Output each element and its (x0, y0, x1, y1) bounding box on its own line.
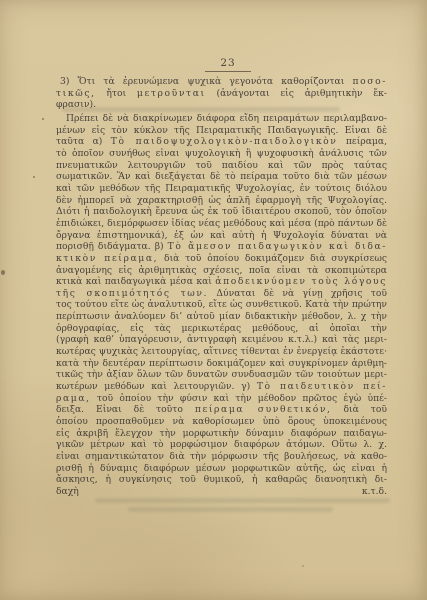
paragraph: Πρέπει δὲ νὰ διακρίνωμεν διάφορα εἴδη πε… (56, 113, 387, 498)
text-run: (ἀνάγονται εἰς ἀριθμητικὴν ἔκ- (206, 88, 387, 99)
text-line: εἰς ἀκριβῆ ἔλεγχον τὴν μορφωτικὴν δύναμι… (56, 428, 387, 440)
emphasized-text-run: ἀποδεικνύομεν τοὺς λόγους (215, 276, 387, 287)
text-run: Διότι ἡ παιδολογικὴ ἔρευνα ὡς ἐκ τοῦ ἰδι… (56, 206, 387, 217)
page-header: 23 (28, 51, 427, 72)
text-run: ὁποίου προσπαθοῦμεν νὰ καθορίσωμεν ὑπὸ ὅ… (56, 416, 387, 427)
text-run: κωτέρας ψυχικὰς λειτουργίας, αἵτινες τίθ… (56, 346, 387, 357)
paper-speck (42, 118, 44, 120)
text-line: ὄργανα ἐπιστημονικά), ἐξ ὧν καὶ αὐτὴ ἡ Ψ… (56, 230, 387, 242)
emphasized-text-run: Τὸ ἄμεσον παιδαγωγικὸν καὶ διδα- (168, 241, 387, 252)
text-line: τὸ ὁποῖον συνήθως εἶναι ψυχολογικὴ ἢ ψυχ… (56, 148, 387, 160)
paper-speck (33, 176, 35, 178)
text-run: ἤτοι (96, 88, 137, 99)
show-through-smudge (128, 507, 333, 512)
text-line: Πρέπει δὲ νὰ διακρίνωμεν διάφορα εἴδη πε… (56, 113, 387, 125)
text-line: ταῦτα α) Τὸ παιδοψυχολογικὸν-παιδολογικὸ… (56, 136, 387, 148)
text-line: δαχὴ κ.τ.δ. (56, 486, 387, 498)
text-run: μένων εἰς τὸν κύκλον τῆς Πειραματικῆς Πα… (56, 125, 387, 136)
emphasized-text-run: τῆς σκοπιμότητός των. (56, 288, 208, 299)
text-line: πνευματικῶν λειτουργιῶν τοῦ παιδίου καὶ … (56, 160, 387, 172)
text-line: Διότι ἡ παιδολογικὴ ἔρευνα ὡς ἐκ τοῦ ἰδι… (56, 206, 387, 218)
text-line: πορισθῇ διδάγματα. β) Τὸ ἄμεσον παιδαγωγ… (56, 241, 387, 253)
text-run: σωματικῶν. Ἂν καὶ διεξάγεται δὲ τὸ πείρα… (56, 171, 387, 182)
emphasized-text-run: Τὸ παιδευτικὸν πεί- (257, 381, 387, 392)
text-line: τικῶς τὴν ἀξίαν ὅλων τῶν δυνατῶν συνδυασ… (56, 369, 387, 381)
emphasized-text-run: πείραμα συνθετικόν, (195, 404, 332, 415)
text-line: ρισθῇ ἡ δύναμις διαφόρων μέσων μορφωτικῶ… (56, 463, 387, 475)
text-line: ἐπιδιώκει, διεμόρφωσεν ἰδίας νέας μεθόδο… (56, 218, 387, 230)
text-run: διὰ τοῦ ὁποίου δοκιμάζομεν διὰ συγκρίσεω… (158, 253, 387, 264)
text-line: εἶναι σημαντικώτατον διὰ τὴν μόρφωσιν τῆ… (56, 451, 387, 463)
text-run: κατὰ τὴν δευτέραν περίπτωσιν δοκιμάζομεν… (56, 358, 387, 369)
text-line: ὁποίου προσπαθοῦμεν νὰ καθορίσωμεν ὑπὸ ὅ… (56, 416, 387, 428)
page-number: 23 (205, 57, 250, 72)
text-run: κτικὰ καὶ παιδαγωγικὰ μέσα καὶ (56, 276, 215, 287)
text-line: (γραφὴ καθ’ ὑπαγόρευσιν, ἀντιγραφὴ κειμέ… (56, 334, 387, 346)
text-run: καὶ τῶν μεθόδων τῆς Πειραματικῆς Ψυχολογ… (56, 183, 387, 194)
text-run: δαχὴ κ.τ.δ. (56, 486, 387, 497)
text-run: (γραφὴ καθ’ ὑπαγόρευσιν, ἀντιγραφὴ κειμέ… (56, 334, 387, 345)
text-line: κωτέρων μεθόδων καὶ λειτουργιῶν. γ) Τὸ π… (56, 381, 387, 393)
text-line: ἀναγομένης εἰς ἀριθμητικὰς σχέσεις, ποῖα… (56, 265, 387, 277)
text-run: ὄργανα ἐπιστημονικά), ἐξ ὧν καὶ αὐτὴ ἡ Ψ… (56, 230, 387, 241)
emphasized-text-run: κτικὸν πείραμα, (56, 253, 158, 264)
show-through-smudge (62, 107, 340, 112)
text-line: κατὰ τὴν δευτέραν περίπτωσιν δοκιμάζομεν… (56, 358, 387, 370)
text-run: ρισθῇ ἡ δύναμις διαφόρων μέσων μορφωτικῶ… (56, 463, 387, 474)
text-run: εἰς ἀκριβῆ ἔλεγχον τὴν μορφωτικὴν δύναμι… (56, 428, 387, 439)
text-run: τοῦ ὁποίου τὴν φύσιν καὶ τὴν μέθοδον πρῶ… (91, 393, 387, 404)
text-line: ὀρθογραφίας, εἰς τὰς μερικωτέρας μεθόδου… (56, 323, 387, 335)
emphasized-text-run: ποσο- (353, 76, 387, 87)
text-line: τῆς σκοπιμότητός των. Δύναται δὲ νὰ γίνῃ… (56, 288, 387, 300)
text-line: τικῶς, ἤτοι μετροῦνται (ἀνάγονται εἰς ἀρ… (56, 88, 387, 100)
text-line: ραμα, τοῦ ὁποίου τὴν φύσιν καὶ τὴν μέθοδ… (56, 393, 387, 405)
text-run: ἀναγομένης εἰς ἀριθμητικὰς σχέσεις, ποῖα… (56, 265, 387, 277)
text-line: καὶ τῶν μεθόδων τῆς Πειραματικῆς Ψυχολογ… (56, 183, 387, 195)
emphasized-text-run: τικῶς, (56, 88, 96, 99)
text-run: γικῶν μέτρων καὶ τὸ μορφώσιμον διαφόρων … (56, 439, 387, 450)
text-line: σωματικῶν. Ἂν καὶ διεξάγεται δὲ τὸ πείρα… (56, 171, 387, 183)
text-run: ταῦτα α) (56, 136, 111, 147)
text-run: τὸ ὁποῖον συνήθως εἶναι ψυχολογικὴ ἢ ψυχ… (56, 148, 387, 159)
text-line: γικῶν μέτρων καὶ τὸ μορφώσιμον διαφόρων … (56, 439, 387, 451)
text-run: πορισθῇ διδάγματα. β) (56, 241, 168, 252)
text-line: 3) Ὅτι τὰ ἐρευνώμενα ψυχικὰ γεγονότα καθ… (56, 76, 387, 88)
text-line: μένων εἰς τὸν κύκλον τῆς Πειραματικῆς Πα… (56, 125, 387, 137)
text-line: περίπτωσιν ἀναλύομεν δι’ αὐτοῦ μίαν διδα… (56, 311, 387, 323)
text-run: ἐπιδιώκει, διεμόρφωσεν ἰδίας νέας μεθόδο… (56, 218, 387, 229)
text-line: κτικὸν πείραμα, διὰ τοῦ ὁποίου δοκιμάζομ… (56, 253, 387, 265)
text-run: Πρέπει δὲ νὰ διακρίνωμεν διάφορα εἴδη πε… (66, 113, 387, 124)
text-line: δὲν ἠμπορεῖ νὰ χαρακτηρισθῇ ὡς ἁπλῆ ἐφαρ… (56, 195, 387, 207)
text-run: 3) Ὅτι τὰ ἐρευνώμενα ψυχικὰ γεγονότα καθ… (60, 76, 353, 87)
text-run: διὰ τοῦ (332, 404, 387, 415)
text-run: κωτέρων μεθόδων καὶ λειτουργιῶν. γ) (56, 381, 257, 392)
text-line: δειξα. Εἶναι δὲ τοῦτο πείραμα συνθετικόν… (56, 404, 387, 416)
paper-speck (302, 565, 304, 567)
text-run: περίπτωσιν ἀναλύομεν δι’ αὐτοῦ μίαν διδα… (56, 311, 387, 323)
emphasized-text-run: ραμα, (56, 393, 91, 404)
text-run: δὲν ἠμπορεῖ νὰ χαρακτηρισθῇ ὡς ἁπλῆ ἐφαρ… (56, 195, 387, 206)
paragraph: 3) Ὅτι τὰ ἐρευνώμενα ψυχικὰ γεγονότα καθ… (56, 76, 387, 111)
text-run: δειξα. Εἶναι δὲ τοῦτο (56, 404, 195, 415)
emphasized-text-run: Τὸ παιδοψυχολογικὸν-παιδολογικὸν (111, 136, 338, 147)
paper-speck (1, 270, 5, 275)
body-text: 3) Ὅτι τὰ ἐρευνώμενα ψυχικὰ γεγονότα καθ… (56, 76, 387, 498)
text-run: τικῶς τὴν ἀξίαν ὅλων τῶν δυνατῶν συνδυασ… (56, 369, 387, 380)
text-line: ἄσκησις, ἡ συγκίνησις τοῦ θυμικοῦ, ἡ καθ… (56, 474, 387, 486)
scanned-book-page: 23 3) Ὅτι τὰ ἐρευνώμενα ψυχικὰ γεγονότα … (0, 0, 427, 600)
emphasized-text-run: μετροῦνται (137, 88, 206, 99)
show-through-smudge (95, 498, 390, 503)
text-line: κτικὰ καὶ παιδαγωγικὰ μέσα καὶ ἀποδεικνύ… (56, 276, 387, 288)
text-run: τος τούτου εἴτε ὡς ἀναλυτικοῦ, εἴτε ὡς σ… (56, 299, 387, 310)
text-run: πείραμα, (337, 136, 387, 147)
text-run: ἄσκησις, ἡ συγκίνησις τοῦ θυμικοῦ, ἡ καθ… (56, 474, 387, 485)
text-run: πνευματικῶν λειτουργιῶν τοῦ παιδίου καὶ … (56, 160, 387, 172)
text-line: τος τούτου εἴτε ὡς ἀναλυτικοῦ, εἴτε ὡς σ… (56, 299, 387, 311)
text-run: ὀρθογραφίας, εἰς τὰς μερικωτέρας μεθόδου… (56, 323, 387, 335)
text-line: κωτέρας ψυχικὰς λειτουργίας, αἵτινες τίθ… (56, 346, 387, 358)
text-run: εἶναι σημαντικώτατον διὰ τὴν μόρφωσιν τῆ… (56, 451, 387, 462)
